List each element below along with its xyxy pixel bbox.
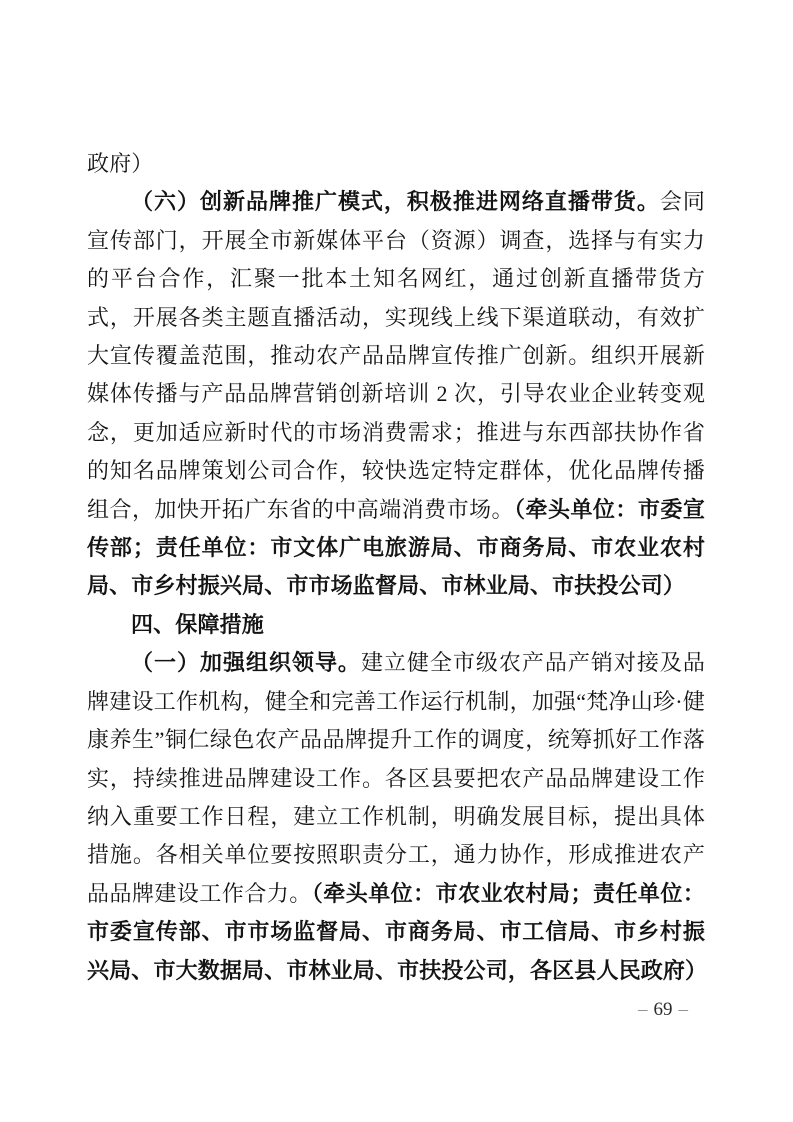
section-1-body: 建立健全市级农产品产销对接及品牌建设工作机构，健全和完善工作运行机制，加强“梵净…	[87, 650, 705, 905]
paragraph-section-6: （六）创新品牌推广模式，积极推进网络直播带货。会同宣传部门，开展全市新媒体平台（…	[87, 183, 705, 605]
paragraph-section-1: （一）加强组织领导。建立健全市级农产品产销对接及品牌建设工作机构，健全和完善工作…	[87, 644, 705, 990]
section-heading-text: 四、保障措施	[131, 612, 264, 637]
paragraph-continuation: 政府）	[87, 145, 705, 183]
section-6-lead: （六）创新品牌推广模式，积极推进网络直播带货。	[131, 189, 660, 214]
continuation-text: 政府）	[87, 151, 153, 176]
section-heading-4: 四、保障措施	[87, 606, 705, 644]
document-page: 政府） （六）创新品牌推广模式，积极推进网络直播带货。会同宣传部门，开展全市新媒…	[0, 0, 793, 1122]
page-number: –69–	[632, 998, 694, 1022]
page-number-left-dash: –	[632, 999, 654, 1020]
section-6-body: 会同宣传部门，开展全市新媒体平台（资源）调查，选择与有实力的平台合作，汇聚一批本…	[87, 189, 705, 521]
section-1-lead: （一）加强组织领导。	[131, 650, 361, 675]
page-number-right-dash: –	[673, 999, 695, 1020]
page-number-value: 69	[654, 999, 673, 1020]
document-body: 政府） （六）创新品牌推广模式，积极推进网络直播带货。会同宣传部门，开展全市新媒…	[87, 145, 705, 990]
